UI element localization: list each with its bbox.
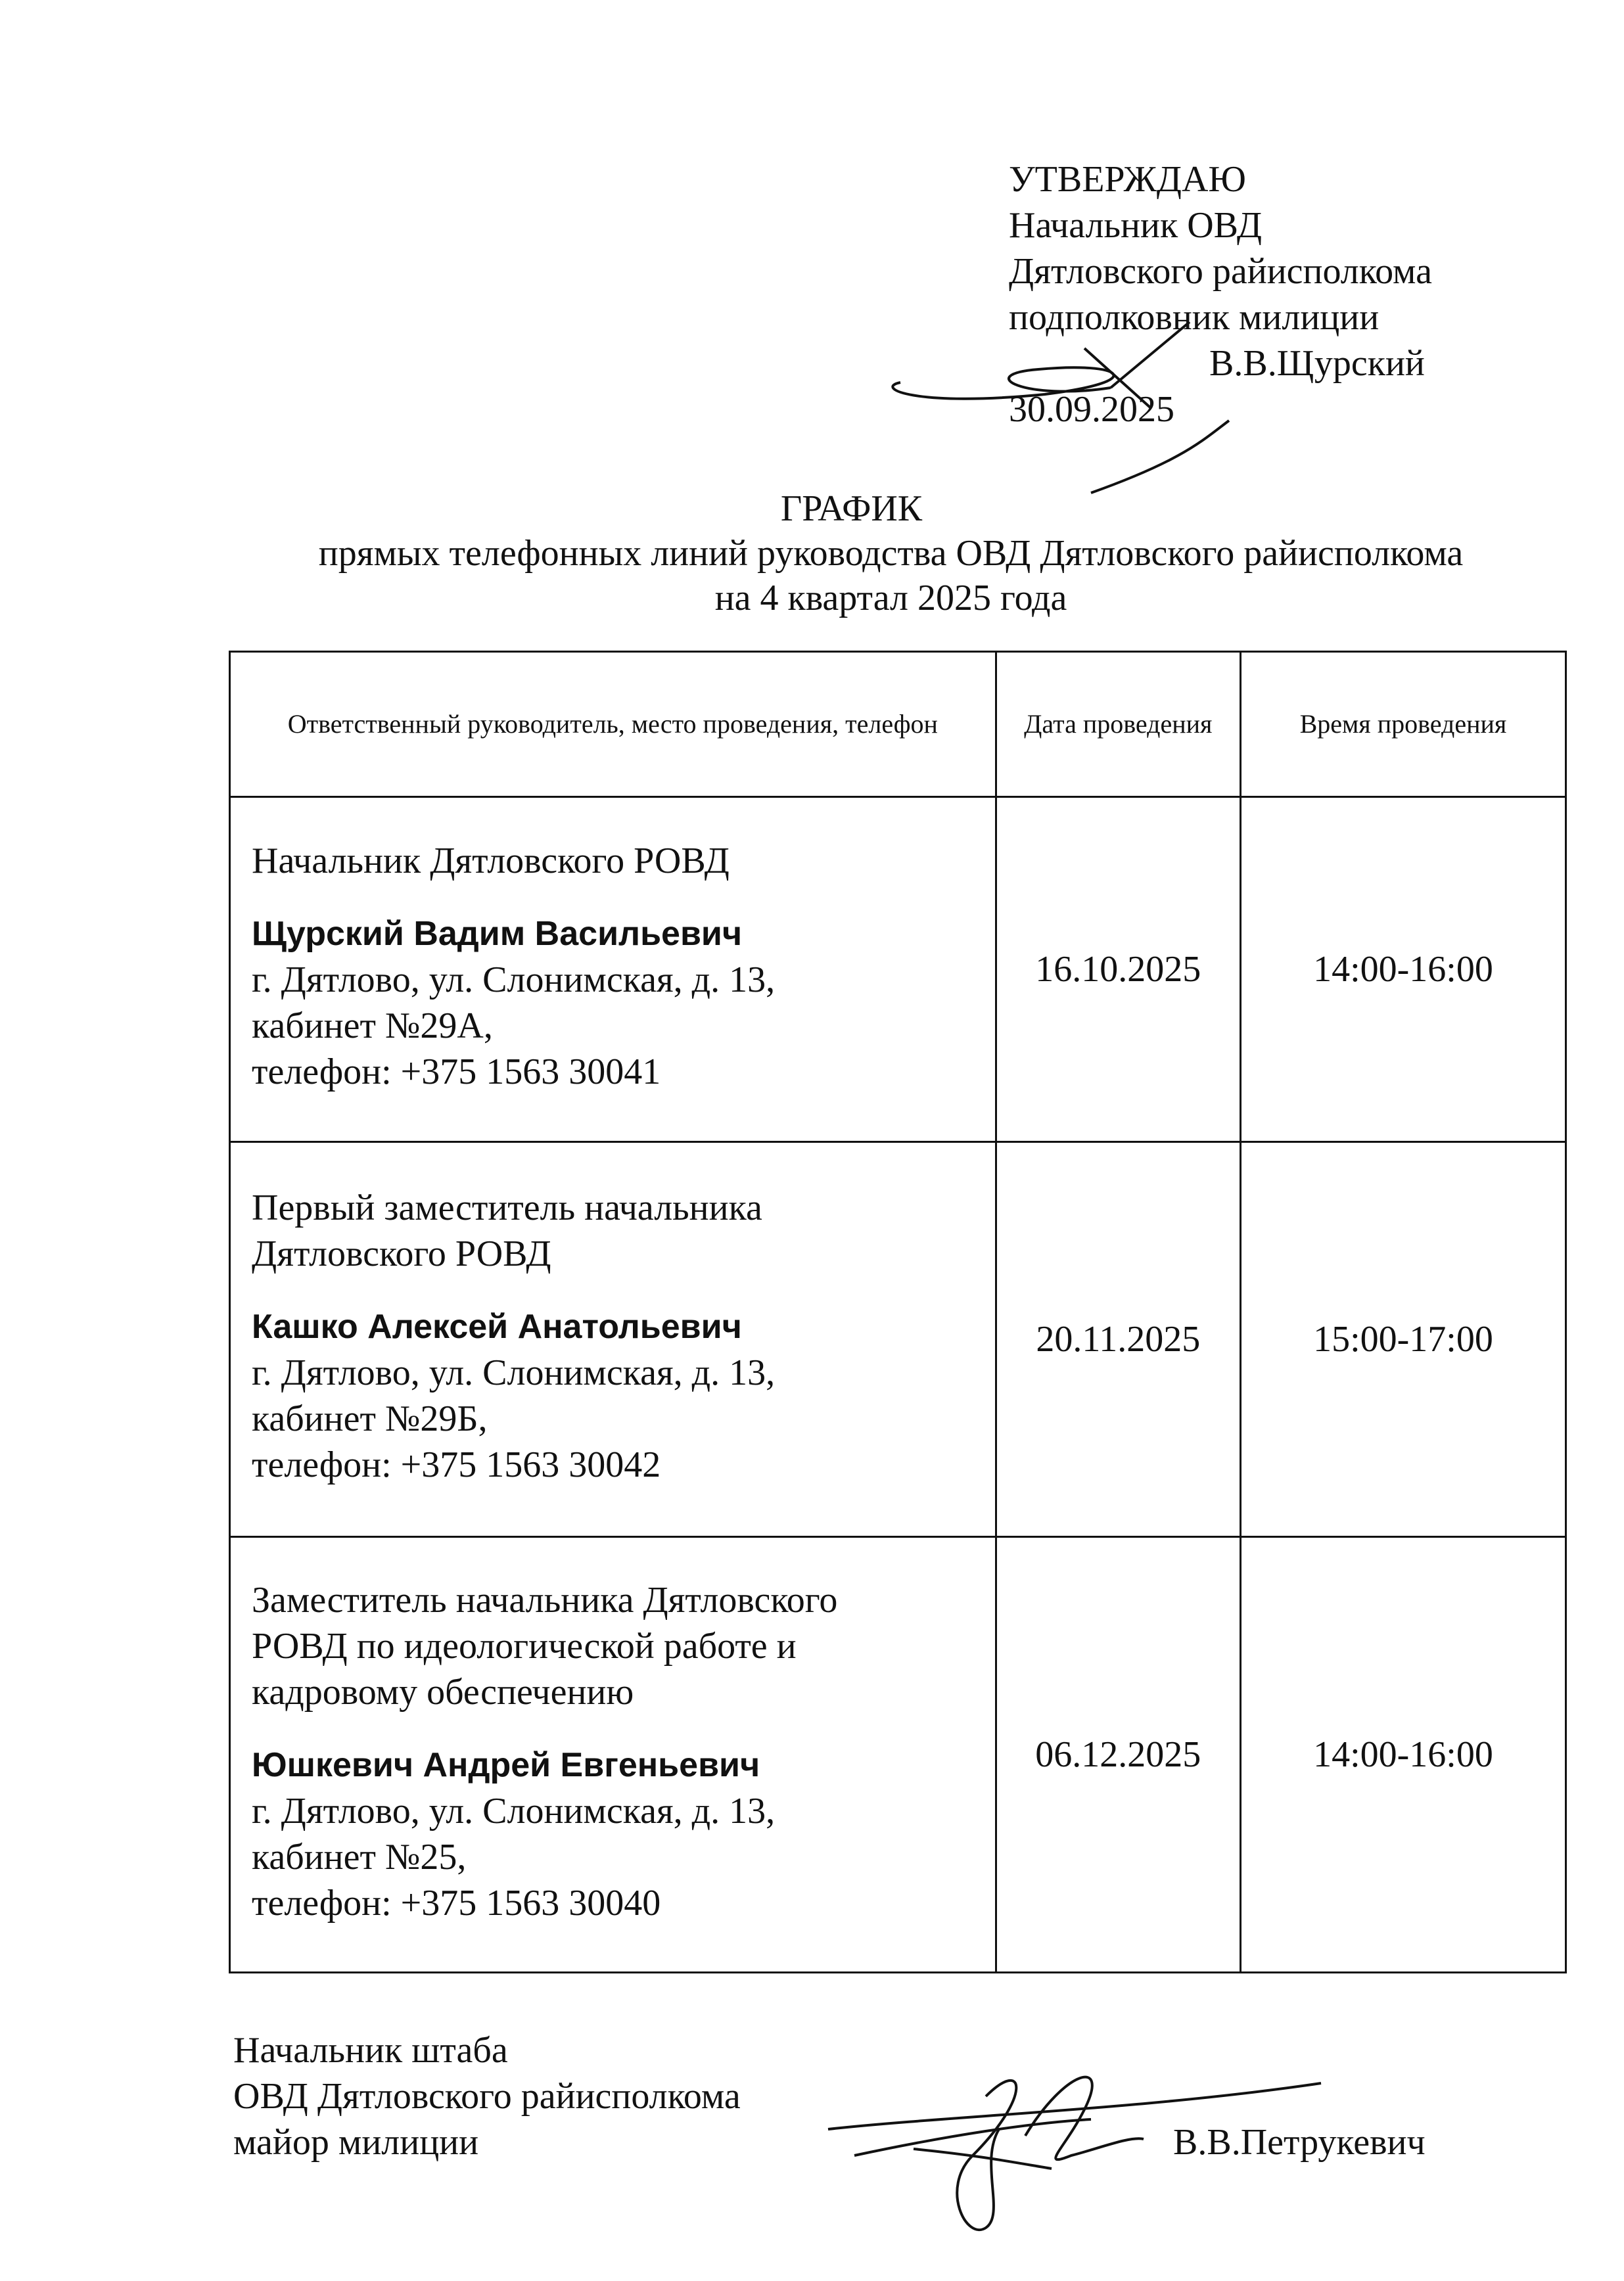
footer-line-3: майор милиции: [233, 2119, 741, 2165]
time-cell: 14:00-16:00: [1240, 797, 1566, 1142]
address-text: г. Дятлово, ул. Слонимская, д. 13,: [252, 1788, 975, 1834]
office-text: кабинет №25,: [252, 1834, 975, 1880]
position-text: РОВД по идеологической работе и: [252, 1623, 975, 1669]
phone-text: телефон: +375 1563 30042: [252, 1442, 975, 1488]
approval-heading: УТВЕРЖДАЮ: [1009, 156, 1432, 202]
office-text: кабинет №29Б,: [252, 1396, 975, 1442]
table-row: Первый заместитель начальника Дятловског…: [230, 1142, 1566, 1537]
date-cell: 06.12.2025: [996, 1537, 1240, 1973]
person-name: Кашко Алексей Анатольевич: [252, 1308, 742, 1346]
time-cell: 15:00-17:00: [1240, 1142, 1566, 1537]
footer-line-1: Начальник штаба: [233, 2027, 741, 2073]
title-period: на 4 квартал 2025 года: [0, 576, 1624, 620]
phone-text: телефон: +375 1563 30040: [252, 1880, 975, 1926]
title-main: ГРАФИК: [0, 486, 1624, 531]
person-name: Юшкевич Андрей Евгеньевич: [252, 1746, 760, 1784]
office-text: кабинет №29А,: [252, 1003, 975, 1049]
time-cell: 14:00-16:00: [1240, 1537, 1566, 1973]
person-name: Щурский Вадим Васильевич: [252, 915, 742, 953]
document-title: ГРАФИК прямых телефонных линий руководст…: [0, 486, 1624, 620]
responsible-cell: Первый заместитель начальника Дятловског…: [230, 1142, 996, 1537]
footer-signatory-block: Начальник штаба ОВД Дятловского райиспол…: [233, 2027, 741, 2165]
responsible-cell: Начальник Дятловского РОВД Щурский Вадим…: [230, 797, 996, 1142]
footer-line-2: ОВД Дятловского райисполкома: [233, 2073, 741, 2119]
title-subtitle: прямых телефонных линий руководства ОВД …: [0, 531, 1624, 576]
signature-icon: [874, 309, 1268, 506]
header-date: Дата проведения: [996, 652, 1240, 797]
date-cell: 20.11.2025: [996, 1142, 1240, 1537]
table-row: Начальник Дятловского РОВД Щурский Вадим…: [230, 797, 1566, 1142]
responsible-cell: Заместитель начальника Дятловского РОВД …: [230, 1537, 996, 1973]
header-time: Время проведения: [1240, 652, 1566, 797]
position-text: кадровому обеспечению: [252, 1669, 975, 1715]
phone-text: телефон: +375 1563 30041: [252, 1049, 975, 1095]
position-text: Заместитель начальника Дятловского: [252, 1577, 975, 1623]
approval-line-1: Начальник ОВД: [1009, 202, 1432, 248]
position-text: Дятловского РОВД: [252, 1231, 975, 1277]
header-responsible: Ответственный руководитель, место провед…: [230, 652, 996, 797]
table-header-row: Ответственный руководитель, место провед…: [230, 652, 1566, 797]
schedule-table: Ответственный руководитель, место провед…: [229, 651, 1567, 1973]
date-cell: 16.10.2025: [996, 797, 1240, 1142]
address-text: г. Дятлово, ул. Слонимская, д. 13,: [252, 957, 975, 1003]
signature-icon: [815, 2057, 1328, 2241]
position-text: Первый заместитель начальника: [252, 1185, 975, 1231]
table-row: Заместитель начальника Дятловского РОВД …: [230, 1537, 1566, 1973]
address-text: г. Дятлово, ул. Слонимская, д. 13,: [252, 1350, 975, 1396]
approval-line-2: Дятловского райисполкома: [1009, 248, 1432, 294]
position-text: Начальник Дятловского РОВД: [252, 838, 975, 884]
